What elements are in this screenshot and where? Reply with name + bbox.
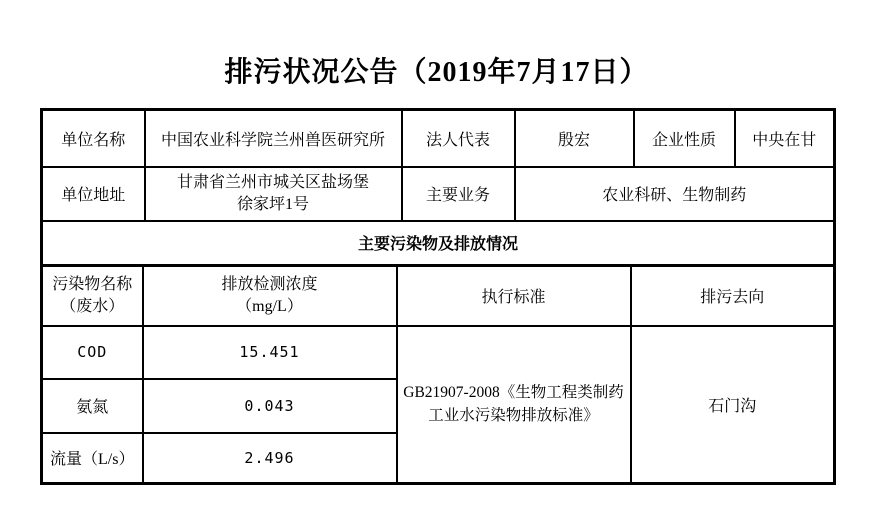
pollutant-name-header: 污染物名称 （废水） [42, 266, 143, 326]
flow-value: 2.496 [143, 433, 397, 484]
table-row: 主要污染物及排放情况 [42, 221, 835, 266]
unit-name-value: 中国农业科学院兰州兽医研究所 [145, 110, 402, 167]
destination-value: 石门沟 [631, 326, 835, 484]
enterprise-type-label: 企业性质 [634, 110, 735, 167]
cod-value: 15.451 [143, 326, 397, 379]
pollutant-table: 污染物名称 （废水） 排放检测浓度 （mg/L） 执行标准 排污去向 COD 1… [40, 264, 836, 485]
standard-header: 执行标准 [397, 266, 631, 326]
page-title: 排污状况公告（2019年7月17日） [0, 50, 873, 90]
table-row: COD 15.451 GB21907-2008《生物工程类制药 工业水污染物排放… [42, 326, 835, 379]
pollutant-name-cod: COD [42, 326, 143, 379]
unit-name-label: 单位名称 [42, 110, 145, 167]
unit-info-table: 单位名称 中国农业科学院兰州兽医研究所 法人代表 殷宏 企业性质 中央在甘 单位… [40, 108, 836, 267]
unit-address-label: 单位地址 [42, 167, 145, 221]
destination-header: 排污去向 [631, 266, 835, 326]
pollutant-name-flow: 流量（L/s） [42, 433, 143, 484]
pollutant-name-ammonia: 氨氮 [42, 379, 143, 433]
legal-rep-value: 殷宏 [515, 110, 634, 167]
table-row: 单位地址 甘肃省兰州市城关区盐场堡 徐家坪1号 主要业务 农业科研、生物制药 [42, 167, 835, 221]
legal-rep-label: 法人代表 [402, 110, 515, 167]
section-header: 主要污染物及排放情况 [42, 221, 835, 266]
ammonia-value: 0.043 [143, 379, 397, 433]
main-business-value: 农业科研、生物制药 [515, 167, 835, 221]
table-header-row: 污染物名称 （废水） 排放检测浓度 （mg/L） 执行标准 排污去向 [42, 266, 835, 326]
standard-value: GB21907-2008《生物工程类制药 工业水污染物排放标准》 [397, 326, 631, 484]
main-business-label: 主要业务 [402, 167, 515, 221]
unit-address-value: 甘肃省兰州市城关区盐场堡 徐家坪1号 [145, 167, 402, 221]
enterprise-type-value: 中央在甘 [735, 110, 835, 167]
concentration-header: 排放检测浓度 （mg/L） [143, 266, 397, 326]
announcement-table: 单位名称 中国农业科学院兰州兽医研究所 法人代表 殷宏 企业性质 中央在甘 单位… [40, 108, 833, 485]
table-row: 单位名称 中国农业科学院兰州兽医研究所 法人代表 殷宏 企业性质 中央在甘 [42, 110, 835, 167]
